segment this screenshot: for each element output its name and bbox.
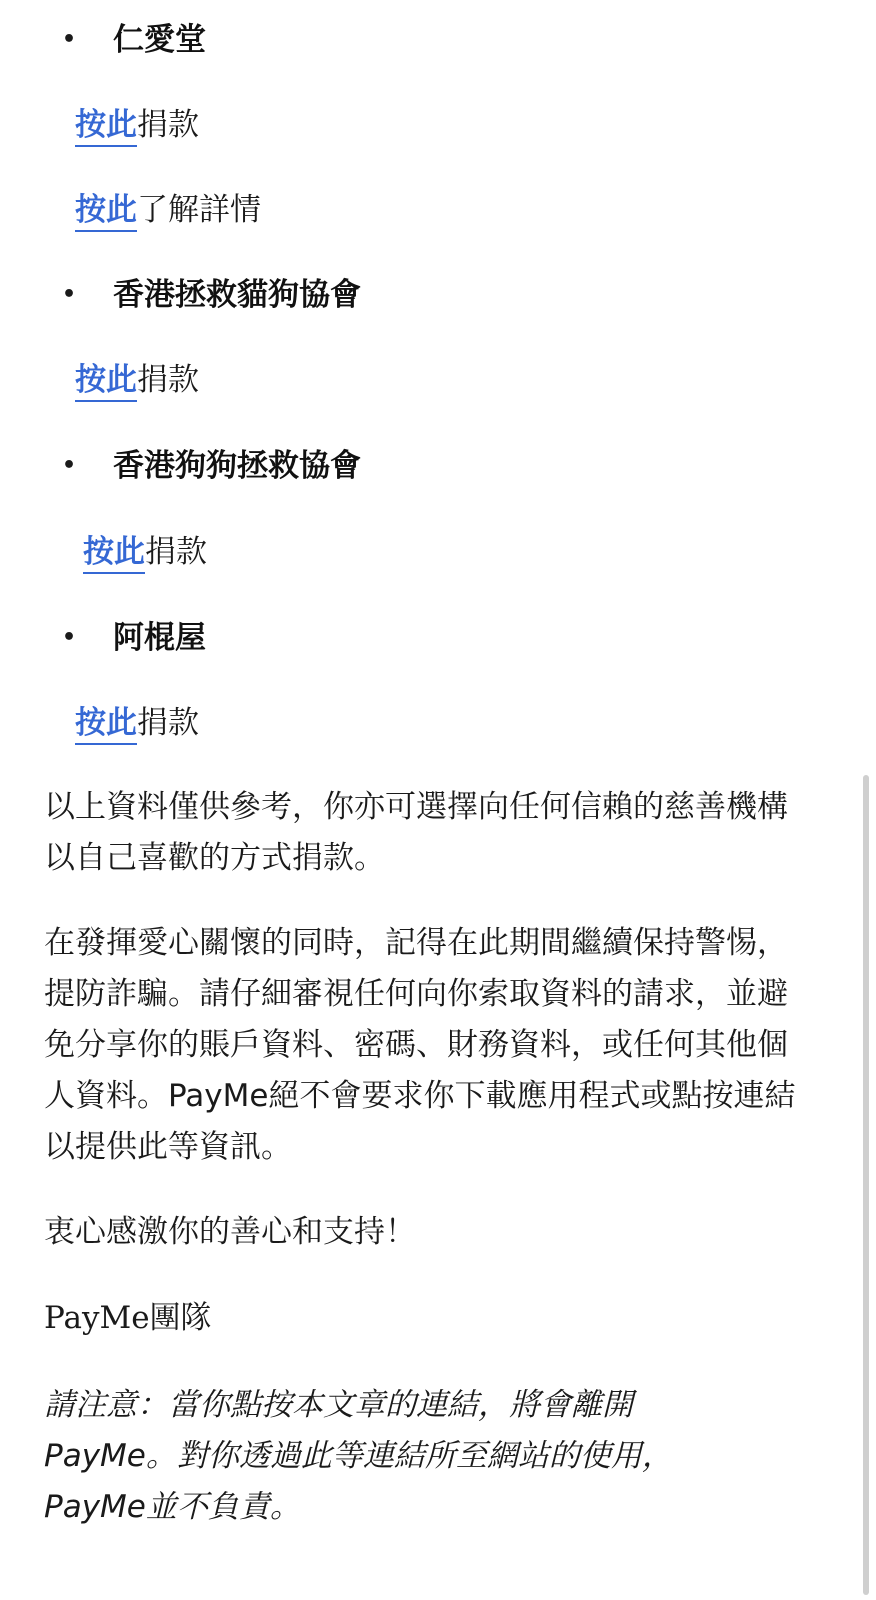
donate-line: 按此捐款 — [75, 360, 199, 400]
donate-link[interactable]: 按此 — [75, 705, 137, 745]
details-link[interactable]: 按此 — [75, 192, 137, 232]
link-suffix: 捐款 — [137, 107, 199, 143]
thanks-paragraph: 衷心感激你的善心和支持！ — [44, 1207, 814, 1258]
donate-line: 按此捐款 — [75, 703, 199, 743]
org-name: 香港拯救貓狗協會 — [113, 275, 361, 315]
bullet-icon: • — [62, 20, 76, 60]
details-line: 按此了解詳情 — [75, 190, 261, 230]
link-suffix: 了解詳情 — [137, 192, 261, 228]
org-name: 阿棍屋 — [113, 618, 206, 658]
bullet-icon: • — [62, 275, 76, 315]
donate-link[interactable]: 按此 — [75, 107, 137, 147]
bullet-icon: • — [62, 446, 76, 486]
link-suffix: 捐款 — [137, 705, 199, 741]
signature: PayMe團隊 — [44, 1293, 814, 1344]
donate-link[interactable]: 按此 — [83, 534, 145, 574]
reference-paragraph: 以上資料僅供參考，你亦可選擇向任何信賴的慈善機構以自己喜歡的方式捐款。 — [44, 782, 814, 884]
org-name: 香港狗狗拯救協會 — [113, 446, 361, 486]
bullet-icon: • — [62, 618, 76, 658]
scrollbar[interactable] — [863, 775, 869, 1595]
donate-link[interactable]: 按此 — [75, 362, 137, 402]
fraud-warning-paragraph: 在發揮愛心關懷的同時，記得在此期間繼續保持警惕，提防詐騙。請仔細審視任何向你索取… — [44, 918, 814, 1173]
donate-line: 按此捐款 — [83, 532, 207, 572]
link-suffix: 捐款 — [137, 362, 199, 398]
org-name: 仁愛堂 — [113, 20, 206, 60]
donate-line: 按此捐款 — [75, 105, 199, 145]
disclaimer-paragraph: 請注意：當你點按本文章的連結，將會離開PayMe。對你透過此等連結所至網站的使用… — [44, 1380, 744, 1533]
link-suffix: 捐款 — [145, 534, 207, 570]
